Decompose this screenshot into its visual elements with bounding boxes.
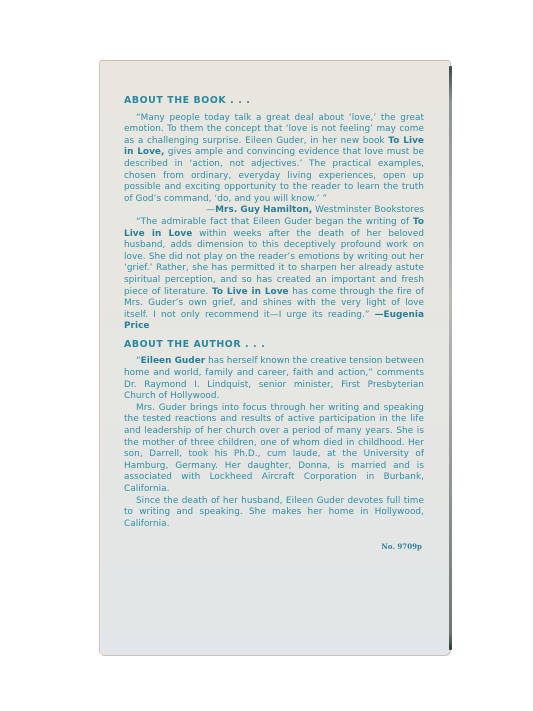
book-spine-edge [449, 66, 452, 650]
catalog-number: No. 9709p [124, 541, 422, 553]
back-cover-text: ABOUT THE BOOK . . . “Many people today … [124, 95, 424, 553]
about-book-heading: ABOUT THE BOOK . . . [124, 95, 424, 107]
author-para-3: Since the death of her husband, Eileen G… [124, 496, 424, 531]
book-title: To Live in Love [212, 287, 289, 297]
review-hamilton: “Many people today talk a great deal abo… [124, 113, 424, 206]
author-para-1: “Eileen Guder has herself known the crea… [124, 356, 424, 402]
review-price: “The admirable fact that Eileen Guder be… [124, 217, 424, 333]
review-attribution-hamilton: —Mrs. Guy Hamilton, Westminster Bookstor… [124, 205, 424, 217]
author-para-2: Mrs. Guder brings into focus through her… [124, 403, 424, 496]
author-name: Eileen Guder [141, 356, 206, 366]
about-author-heading: ABOUT THE AUTHOR . . . [124, 339, 424, 351]
